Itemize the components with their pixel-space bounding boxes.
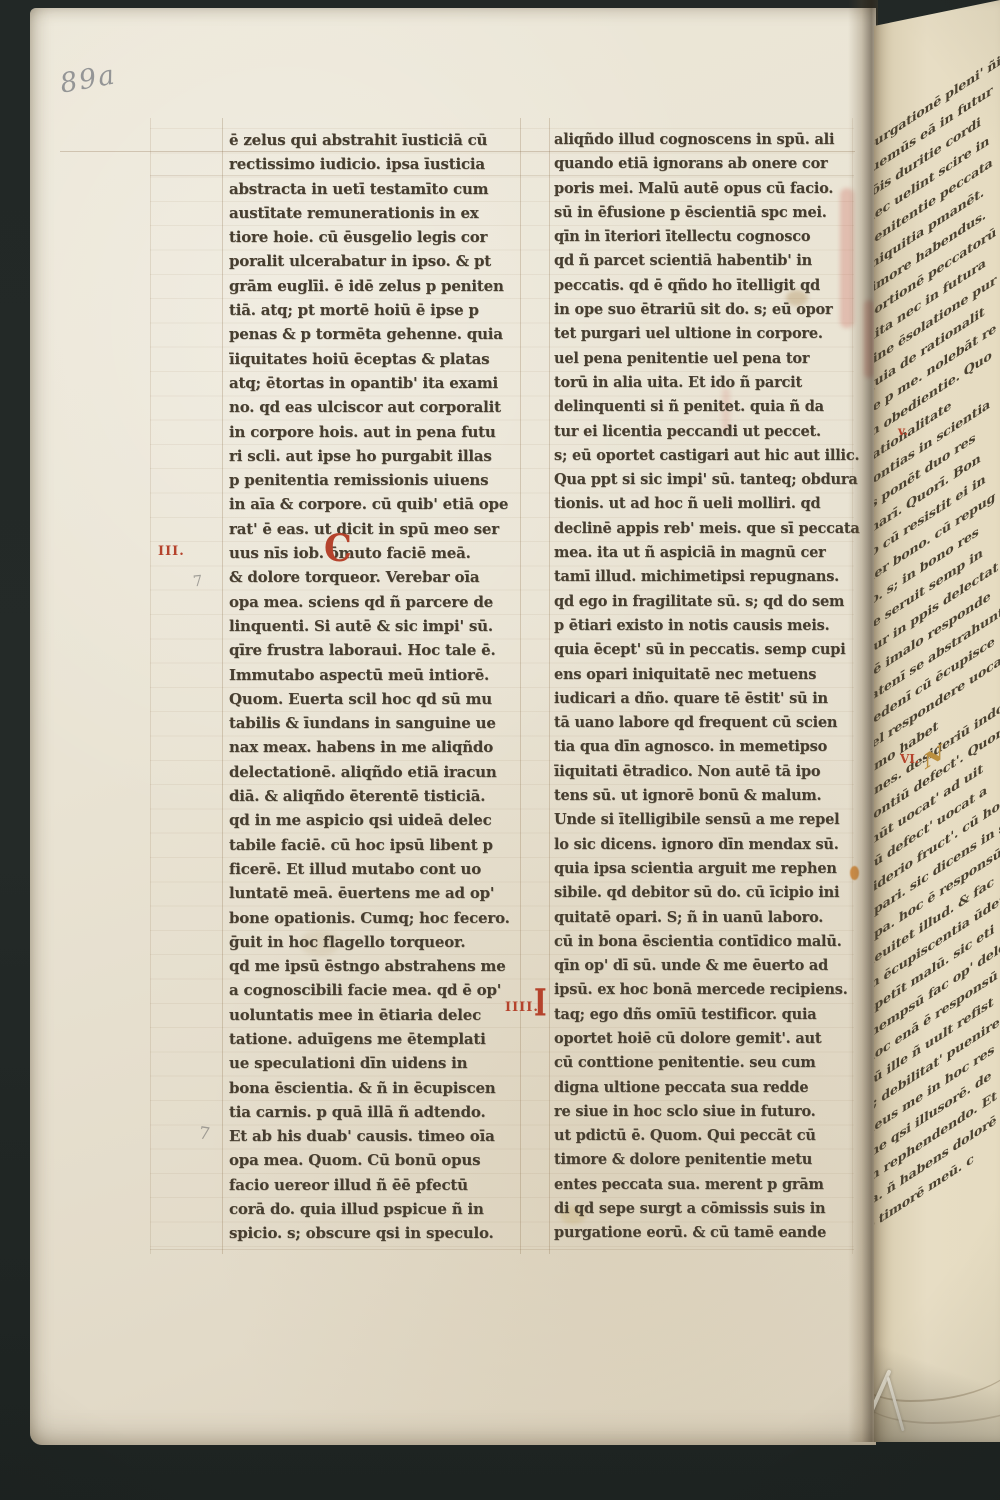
right-page-text: purgationē pleni' ñiiuemūs eā in futurtō… <box>874 0 1000 1244</box>
rubricated-initial-c: C <box>324 526 352 570</box>
manuscript-photo: 89a 7 7 ē zelus qui abstrahit īusticiā c… <box>0 0 1000 1500</box>
text-line: rat' ē eas. ut dicit in spū meo ser <box>229 517 529 541</box>
text-line: tabilis & īundans in sanguine ue <box>229 711 529 735</box>
text-line: s; eū oportet castigari aut hic aut illi… <box>554 444 854 468</box>
text-line: luntatē meā. ēuertens me ad op' <box>229 881 529 905</box>
text-line: bone opationis. Cumq; hoc fecero. <box>229 906 529 930</box>
text-line: tia qua dīn agnosco. in memetipso <box>554 735 854 759</box>
text-line: in aīa & corpore. cū quib' etiā ope <box>229 492 529 516</box>
text-line: no. qd eas ulciscor aut corporalit <box>229 395 529 419</box>
text-line: rectissimo iudicio. ipsa īusticia <box>229 152 529 176</box>
text-line: Quom. Euerta scil hoc qd sū mu <box>229 687 529 711</box>
text-line: īiquitates hoiū ēceptas & platas <box>229 347 529 371</box>
text-line: in corpore hois. aut in pena futu <box>229 420 529 444</box>
text-line: taq; ego dñs omīū testificor. quia <box>554 1003 854 1027</box>
text-line: purgatione eorū. & cū tamē eande <box>554 1221 854 1245</box>
ruling-vertical-margin <box>150 118 151 1254</box>
text-line: poris mei. Malū autē opus cū facio. <box>554 177 854 201</box>
text-line: & dolore torqueor. Verebar oīa <box>229 565 529 589</box>
text-line: iudicari a dño. quare tē ēstit' sū in <box>554 687 854 711</box>
page-edge-shadow <box>874 1322 1000 1442</box>
text-line: poralit ulcerabatur in ipso. & pt <box>229 249 529 273</box>
text-column-1: ē zelus qui abstrahit īusticiā cūrectiss… <box>229 128 529 1246</box>
text-line: quando etiā ignorans ab onere cor <box>554 152 854 176</box>
text-line: spicio. s; obscure qsi in speculo. <box>229 1221 529 1245</box>
text-line: tabile faciē. cū hoc ipsū libent p <box>229 833 529 857</box>
text-line: īiquitati ētradico. Non autē tā ipo <box>554 760 854 784</box>
rubricated-initial-i: I <box>534 982 547 1025</box>
text-line: ipsū. ex hoc bonā mercede recipiens. <box>554 978 854 1002</box>
text-line: mea. ita ut ñ aspiciā in magnū cer <box>554 541 854 565</box>
text-line: Immutabo aspectū meū intiorē. <box>229 663 529 687</box>
text-line: grām euglīi. ē idē zelus p peniten <box>229 274 529 298</box>
text-line: austītate remunerationis in ex <box>229 201 529 225</box>
text-line: opa mea. Quom. Cū bonū opus <box>229 1148 529 1172</box>
margin-chapter-numeral-iii: III. <box>158 544 185 559</box>
text-line: a cognoscibili facie mea. qd ē op' <box>229 978 529 1002</box>
text-line: lo sic dicens. ignoro dīn mendax sū. <box>554 833 854 857</box>
text-line: tet purgari uel ultione in corpore. <box>554 322 854 346</box>
text-line: peccatis. qd ē qñdo ho ītelligit qd <box>554 274 854 298</box>
text-line: tatione. aduīgens me ētemplati <box>229 1027 529 1051</box>
ruling-vertical-col1-left <box>222 118 223 1254</box>
text-line: uoluntatis mee in ētiaria delec <box>229 1003 529 1027</box>
text-line: bona ēscientia. & ñ in ēcupiscen <box>229 1076 529 1100</box>
text-line: tionis. ut ad hoc ñ ueli molliri. qd <box>554 492 854 516</box>
text-line: entes peccata sua. merent p grām <box>554 1173 854 1197</box>
text-line: in ope suo ētrariū sit do. s; eū opor <box>554 298 854 322</box>
text-line: tens sū. ut ignorē bonū & malum. <box>554 784 854 808</box>
text-line: ri scli. aut ipse ho purgabit illas <box>229 444 529 468</box>
text-line: qd in me aspicio qsi uideā delec <box>229 808 529 832</box>
text-line: torū in alia uita. Et ido ñ parcit <box>554 371 854 395</box>
text-line: tia carnis. p quā illā ñ adtendo. <box>229 1100 529 1124</box>
text-line: qīn in īteriori ītellectu cognosco <box>554 225 854 249</box>
text-line: abstracta in uetī testamīto cum <box>229 177 529 201</box>
text-line: ens opari iniquitatē nec metuens <box>554 663 854 687</box>
text-line: qīre frustra laboraui. Hoc tale ē. <box>229 638 529 662</box>
text-line: oportet hoiē cū dolore gemit'. aut <box>554 1027 854 1051</box>
text-line: ḡuit in hoc flagello torqueor. <box>229 930 529 954</box>
text-line: ficerē. Et illud mutabo cont uo <box>229 857 529 881</box>
text-line: sū in ēfusione p ēscientiā spc mei. <box>554 201 854 225</box>
text-line: diā. & aliqñdo ēterentē tisticiā. <box>229 784 529 808</box>
ruling-vertical-col2-left <box>549 118 550 1254</box>
text-line: corā do. quia illud pspicue ñ in <box>229 1197 529 1221</box>
text-line: digna ultione peccata sua redde <box>554 1076 854 1100</box>
text-line: tur ei licentia peccandi ut peccet. <box>554 420 854 444</box>
text-line: opa mea. sciens qd ñ parcere de <box>229 590 529 614</box>
text-line: timore & dolore penitentie metu <box>554 1148 854 1172</box>
text-line: di qd sepe surgt a cōmissis suis in <box>554 1197 854 1221</box>
text-line: Unde si ītelligibile sensū a me repel <box>554 808 854 832</box>
text-line: tiā. atq; pt mortē hoiū ē ipse p <box>229 298 529 322</box>
page-gutter-shadow <box>848 0 878 1442</box>
text-line: uus nīs iob. ōmuto faciē meā. <box>229 541 529 565</box>
text-line: Qua ppt si sic impi' sū. tanteq; obdura <box>554 468 854 492</box>
text-line: qd ñ parcet scientiā habentib' in <box>554 249 854 273</box>
text-line: qīn op' dī sū. unde & me ēuerto ad <box>554 954 854 978</box>
text-line: qd ego in fragilitate sū. s; qd do sem <box>554 590 854 614</box>
text-line: quia ipsa scientia arguit me rephen <box>554 857 854 881</box>
text-line: penas & p tormēta gehenne. quia <box>229 322 529 346</box>
text-line: nax meax. habens in me aliqñdo <box>229 735 529 759</box>
text-line: delinquenti si ñ penitet. quia ñ da <box>554 395 854 419</box>
text-line: p penitentia remissionis uiuens <box>229 468 529 492</box>
margin-chapter-numeral-vi: VI. <box>900 752 919 766</box>
text-line: facio uereor illud ñ ēē pfectū <box>229 1173 529 1197</box>
text-line: delectationē. aliqñdo etiā iracun <box>229 760 529 784</box>
manuscript-page-recto-edge: purgationē pleni' ñiiuemūs eā in futurtō… <box>874 0 1000 1442</box>
text-line: cū conttione penitentie. seu cum <box>554 1051 854 1075</box>
text-line: p ētiari existo in notis causis meis. <box>554 614 854 638</box>
text-line: qd me ipsū ēstngo abstrahens me <box>229 954 529 978</box>
text-line: ue speculationi dīn uidens in <box>229 1051 529 1075</box>
text-line: cū in bona ēscientia contīdico malū. <box>554 930 854 954</box>
text-line: tā uano labore qd frequent cū scien <box>554 711 854 735</box>
text-line: re siue in hoc sclo siue in futuro. <box>554 1100 854 1124</box>
text-column-2: aliqñdo illud cognoscens in spū. aliquan… <box>554 128 854 1246</box>
margin-chapter-numeral-v: v. <box>898 424 908 438</box>
text-line: ut pdictū ē. Quom. Qui peccāt cū <box>554 1124 854 1148</box>
text-line: tiore hoie. cū ēusgelio legis cor <box>229 225 529 249</box>
ruling-horizontal-extension <box>150 1249 854 1250</box>
text-line: quia ēcept' sū in peccatis. semp cupi <box>554 638 854 662</box>
text-line: Et ab his duab' causis. timeo oīa <box>229 1124 529 1148</box>
text-line: quitatē opari. S; ñ in uanū laboro. <box>554 906 854 930</box>
text-line: aliqñdo illud cognoscens in spū. ali <box>554 128 854 152</box>
text-line: linquenti. Si autē & sic impi' sū. <box>229 614 529 638</box>
text-line: uel pena penitentie uel pena tor <box>554 347 854 371</box>
text-line: tamī illud. michimetipsi repugnans. <box>554 565 854 589</box>
text-line: atq; ētortas in opantib' ita exami <box>229 371 529 395</box>
text-line: declinē appis reb' meis. que sī peccata <box>554 517 854 541</box>
text-line: sibile. qd debitor sū do. cū īcipio ini <box>554 881 854 905</box>
text-line: ē zelus qui abstrahit īusticiā cū <box>229 128 529 152</box>
pencil-mark: 7 <box>192 572 203 591</box>
